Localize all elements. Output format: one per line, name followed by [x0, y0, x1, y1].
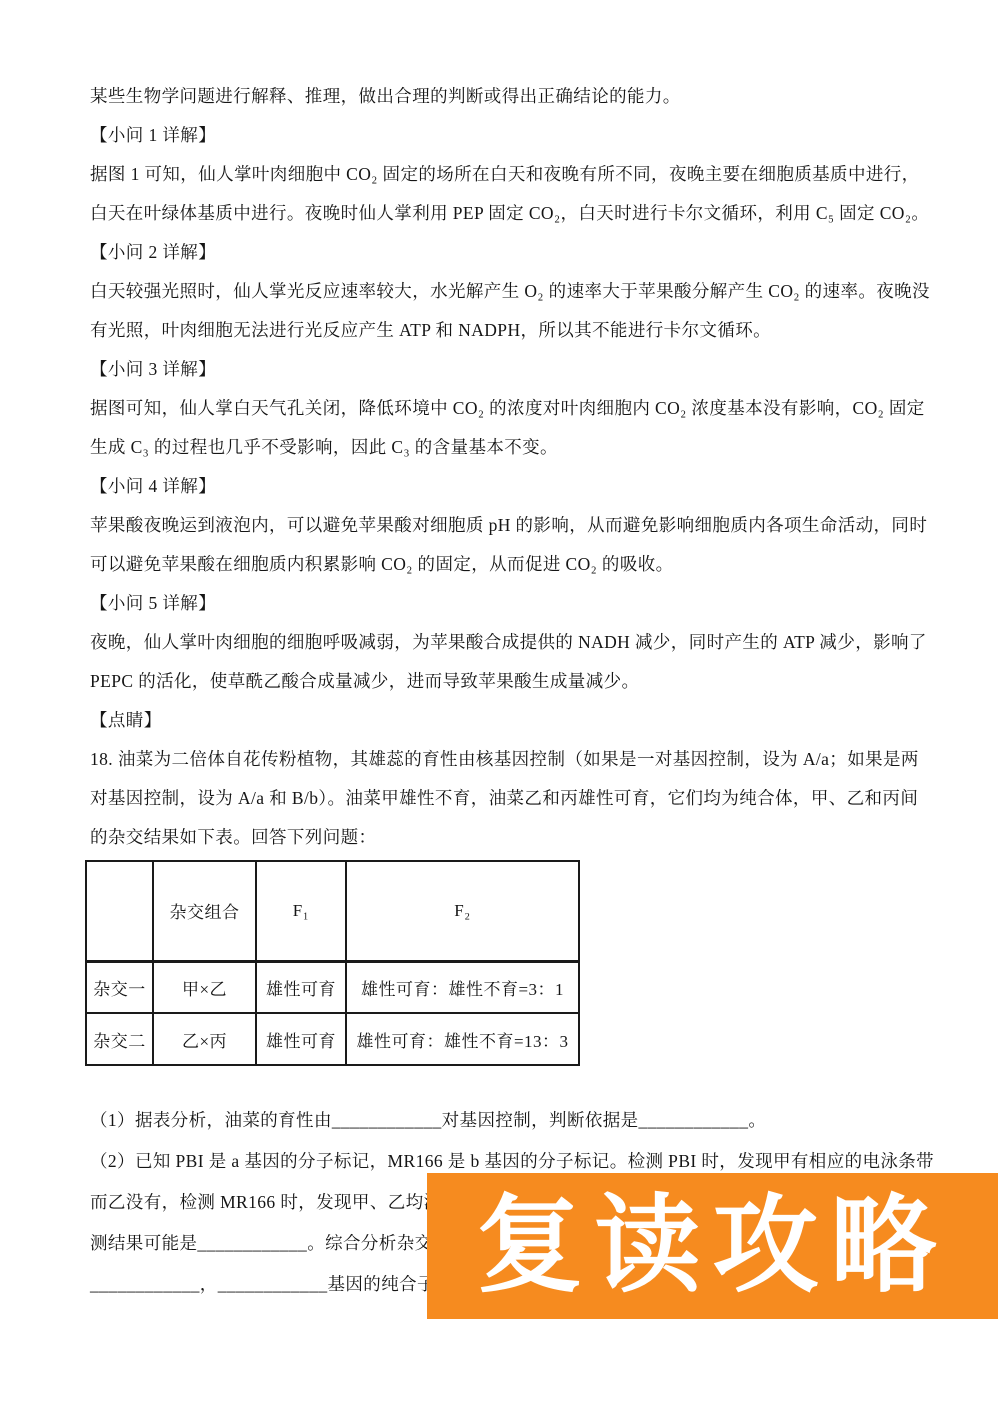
text-line: 对基因控制，设为 A/a 和 B/b）。油菜甲雄性不育，油菜乙和丙雄性可育，它们…	[90, 779, 935, 818]
table-header-f1: F₁	[256, 861, 346, 961]
text-line: 白天在叶绿体基质中进行。夜晚时仙人掌利用 PEP 固定 CO₂，白天时进行卡尔文…	[90, 194, 935, 233]
section-header-summary: 【点睛】	[90, 701, 935, 740]
text-line: 白天较强光照时，仙人掌光反应速率较大，水光解产生 O₂ 的速率大于苹果酸分解产生…	[90, 272, 935, 311]
row-label: 杂交一	[86, 961, 153, 1013]
row-label: 杂交二	[86, 1013, 153, 1065]
text-line: 据图 1 可知，仙人掌叶肉细胞中 CO₂ 固定的场所在白天和夜晚有所不同，夜晚主…	[90, 155, 935, 194]
row-combination: 乙×丙	[153, 1013, 256, 1065]
text-line: 的杂交结果如下表。回答下列问题：	[90, 818, 935, 857]
section-header-q4: 【小问 4 详解】	[90, 467, 935, 506]
row-f2: 雄性可育：雄性不育=3：1	[346, 961, 579, 1013]
section-header-q2: 【小问 2 详解】	[90, 233, 935, 272]
table-row: 杂交二 乙×丙 雄性可育 雄性可育：雄性不育=13：3	[86, 1013, 579, 1065]
text-line: 可以避免苹果酸在细胞质内积累影响 CO₂ 的固定，从而促进 CO₂ 的吸收。	[90, 545, 935, 584]
promo-banner: 复读攻略	[427, 1173, 998, 1319]
text-line: PEPC 的活化，使草酰乙酸合成量减少，进而导致苹果酸生成量减少。	[90, 662, 935, 701]
row-f1: 雄性可育	[256, 961, 346, 1013]
section-header-q3: 【小问 3 详解】	[90, 350, 935, 389]
question-18-intro: 18. 油菜为二倍体自花传粉植物，其雄蕊的育性由核基因控制（如果是一对基因控制，…	[90, 740, 935, 779]
text-line: 苹果酸夜晚运到液泡内，可以避免苹果酸对细胞质 pH 的影响，从而避免影响细胞质内…	[90, 506, 935, 545]
section-header-q5: 【小问 5 详解】	[90, 584, 935, 623]
table-row: 杂交一 甲×乙 雄性可育 雄性可育：雄性不育=3：1	[86, 961, 579, 1013]
text-line: 有光照，叶肉细胞无法进行光反应产生 ATP 和 NADPH，所以其不能进行卡尔文…	[90, 311, 935, 350]
text-line: 某些生物学问题进行解释、推理，做出合理的判断或得出正确结论的能力。	[90, 77, 935, 116]
table-header-combination: 杂交组合	[153, 861, 256, 961]
table-header-f2: F₂	[346, 861, 579, 961]
document-body: 某些生物学问题进行解释、推理，做出合理的判断或得出正确结论的能力。 【小问 1 …	[90, 77, 935, 1305]
row-f2: 雄性可育：雄性不育=13：3	[346, 1013, 579, 1065]
section-header-q1: 【小问 1 详解】	[90, 116, 935, 155]
cross-results-table: 杂交组合 F₁ F₂ 杂交一 甲×乙 雄性可育 雄性可育：雄性不育=3：1 杂交…	[85, 860, 580, 1066]
text-line: 据图可知，仙人掌白天气孔关闭，降低环境中 CO₂ 的浓度对叶肉细胞内 CO₂ 浓…	[90, 389, 935, 428]
text-line: 夜晚，仙人掌叶肉细胞的细胞呼吸减弱，为苹果酸合成提供的 NADH 减少，同时产生…	[90, 623, 935, 662]
question-line-1: （1）据表分析，油菜的育性由____________对基因控制，判断依据是___…	[90, 1100, 935, 1141]
table-header-row: 杂交组合 F₁ F₂	[86, 861, 579, 961]
row-combination: 甲×乙	[153, 961, 256, 1013]
row-f1: 雄性可育	[256, 1013, 346, 1065]
table-header-empty	[86, 861, 153, 961]
document-page: 某些生物学问题进行解释、推理，做出合理的判断或得出正确结论的能力。 【小问 1 …	[0, 0, 1000, 1414]
text-line: 生成 C₃ 的过程也几乎不受影响，因此 C₃ 的含量基本不变。	[90, 428, 935, 467]
promo-banner-text: 复读攻略	[477, 1193, 949, 1299]
